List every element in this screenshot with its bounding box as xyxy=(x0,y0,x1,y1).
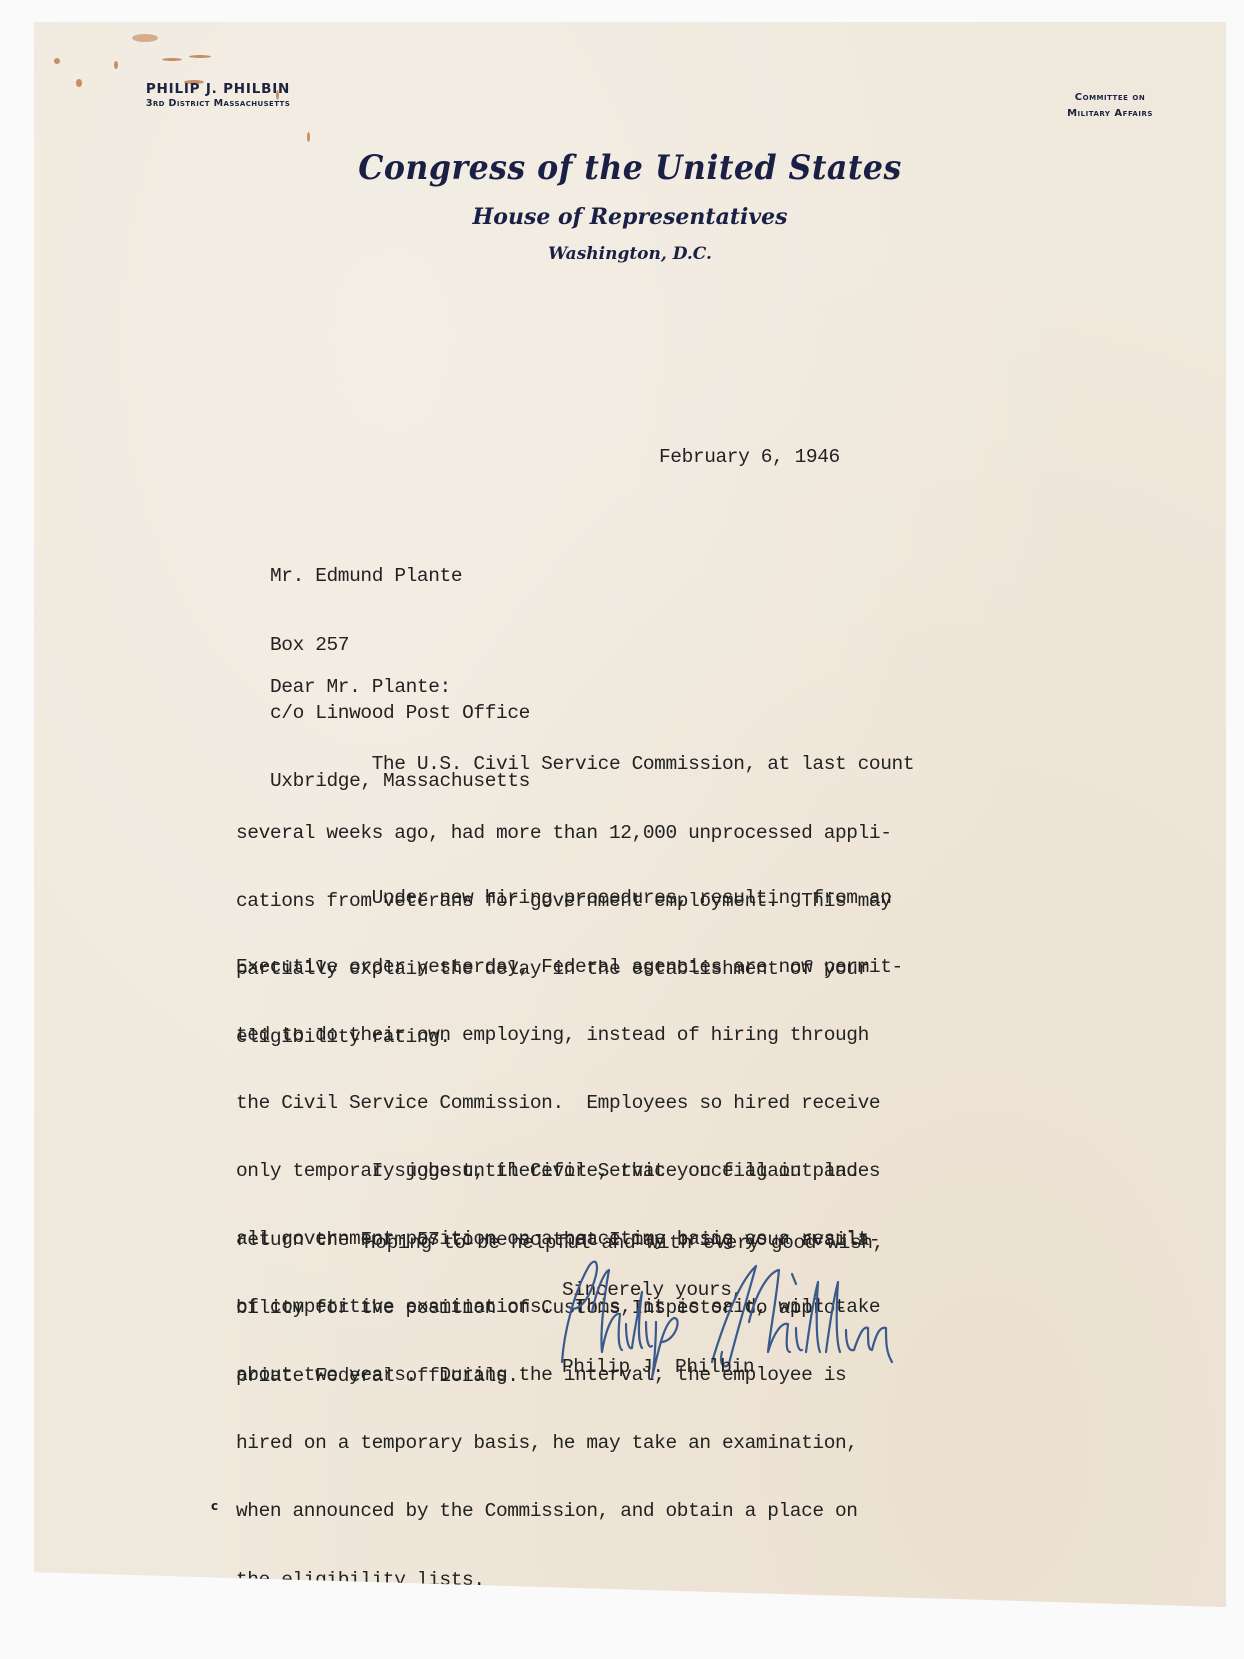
stain xyxy=(307,132,310,142)
letterhead-chamber: House of Representatives xyxy=(34,204,1226,230)
text-line: Executive order yesterday, Federal agenc… xyxy=(236,956,903,979)
text-line: I suggest, therefore, that you fill out … xyxy=(236,1160,880,1183)
letter-paper: PHILIP J. PHILBIN 3rd District Massachus… xyxy=(34,22,1226,1607)
text-line: several weeks ago, had more than 12,000 … xyxy=(236,822,914,845)
text-line: Under new hiring procedures, resulting f… xyxy=(236,887,903,910)
committee-letterhead: Committee on Military Affairs xyxy=(1032,90,1188,122)
letter-date: February 6, 1946 xyxy=(659,446,840,469)
stain xyxy=(54,58,60,64)
recipient-line: Box 257 xyxy=(270,634,530,657)
committee-line-2: Military Affairs xyxy=(1032,106,1188,122)
stain xyxy=(189,55,211,58)
carbon-copy-mark: c xyxy=(211,1499,218,1513)
text-line: the eligibility lists. xyxy=(236,1569,903,1592)
stain xyxy=(132,34,158,42)
text-line: the Civil Service Commission. Employees … xyxy=(236,1092,903,1115)
text-line: The U.S. Civil Service Commission, at la… xyxy=(236,753,914,776)
stain xyxy=(76,79,82,87)
member-letterhead: PHILIP J. PHILBIN 3rd District Massachus… xyxy=(98,81,338,109)
stain xyxy=(162,58,182,61)
recipient-line: Mr. Edmund Plante xyxy=(270,565,530,588)
letterhead-title: Congress of the United States xyxy=(76,148,1185,188)
text-line: when announced by the Commission, and ob… xyxy=(236,1500,903,1523)
salutation: Dear Mr. Plante: xyxy=(270,676,451,699)
scanned-letter: PHILIP J. PHILBIN 3rd District Massachus… xyxy=(0,0,1244,1659)
member-name: PHILIP J. PHILBIN xyxy=(98,81,338,97)
text-line: ted to do their own employing, instead o… xyxy=(236,1024,903,1047)
committee-line-1: Committee on xyxy=(1032,90,1188,106)
text-line: hired on a temporary basis, he may take … xyxy=(236,1432,903,1455)
stain xyxy=(114,61,118,69)
letterhead-location: Washington, D.C. xyxy=(34,244,1226,264)
signer-name: Philip J. Philbin xyxy=(562,1356,754,1379)
member-district: 3rd District Massachusetts xyxy=(98,98,338,109)
